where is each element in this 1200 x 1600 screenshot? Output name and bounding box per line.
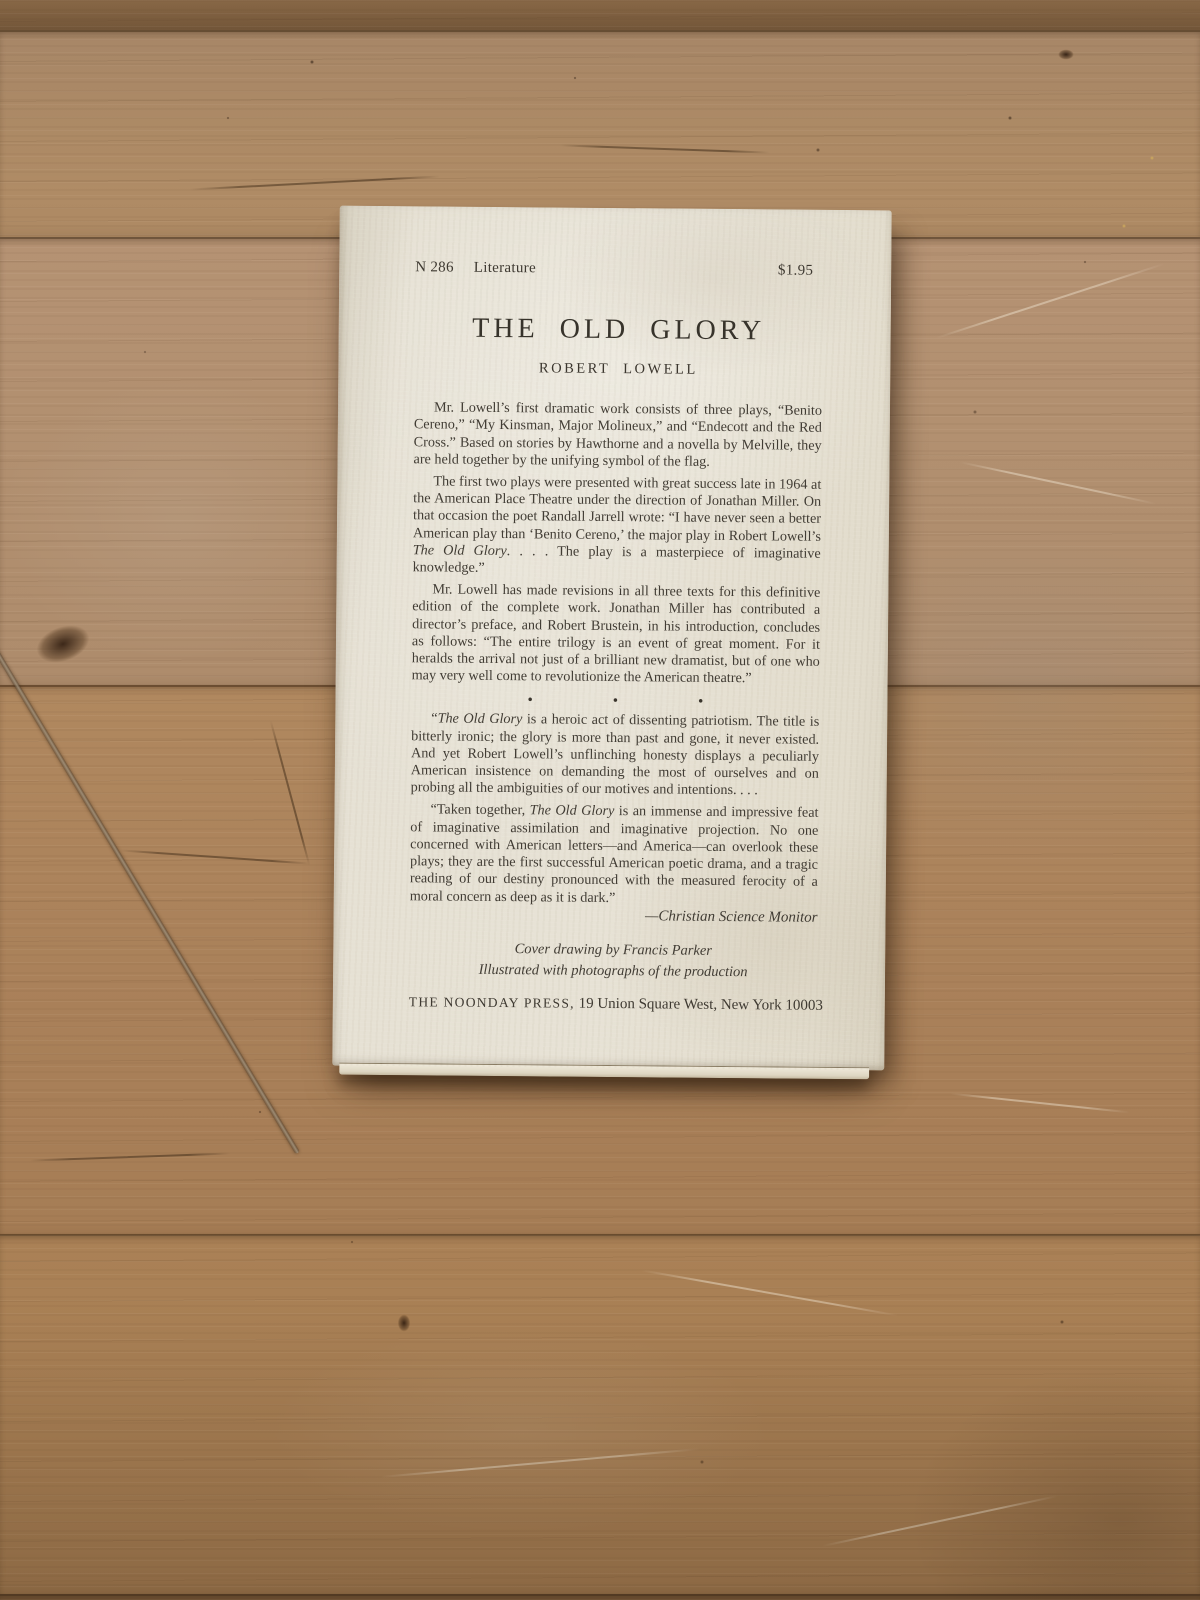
dot: •: [527, 693, 532, 707]
illustration-credit: Illustrated with photographs of the prod…: [409, 959, 817, 984]
catalog-number: N 286: [415, 260, 454, 275]
paragraph-review-quote-1: “The Old Glory is a heroic act of dissen…: [411, 711, 820, 801]
dot: •: [613, 694, 618, 708]
book-author: ROBERT LOWELL: [414, 359, 822, 379]
paragraph-text: “Taken together,: [430, 802, 529, 819]
italic-title-mention: The Old Glory: [413, 542, 507, 559]
italic-title-mention: The Old Glory: [530, 803, 615, 820]
publisher-address: 19 Union Square West, New York 10003: [575, 996, 823, 1014]
wood-plank: [0, 1594, 1200, 1600]
publisher-line: THE NOONDAY PRESS, 19 Union Square West,…: [409, 993, 817, 1015]
price-label: $1.95: [778, 263, 813, 278]
publisher-name: THE NOONDAY PRESS,: [409, 994, 575, 1010]
paragraph-overview-text: Mr. Lowell’s first dramatic work consist…: [413, 399, 822, 469]
credits-block: Cover drawing by Francis Parker Illustra…: [409, 938, 817, 984]
header-spacer: [536, 272, 778, 274]
separator-dots: • • •: [411, 692, 819, 710]
book-title: THE OLD GLORY: [415, 311, 823, 349]
paragraph-text: is an immense and impressive feat of ima…: [410, 803, 819, 905]
wood-plank: [0, 1234, 1200, 1596]
paragraph-revisions: Mr. Lowell has made revisions in all thr…: [412, 581, 821, 688]
paragraph-overview: Mr. Lowell’s first dramatic work consist…: [413, 399, 822, 472]
category-label: Literature: [474, 261, 536, 277]
paragraph-production-history: The first two plays were presented with …: [413, 473, 822, 580]
paragraph-text: Mr. Lowell has made revisions in all thr…: [412, 581, 821, 686]
italic-title-mention: The Old Glory: [438, 711, 523, 728]
paragraph-text: The first two plays were presented with …: [413, 473, 822, 544]
cover-content: N 286 Literature $1.95 THE OLD GLORY ROB…: [332, 206, 891, 1071]
cover-header: N 286 Literature $1.95: [415, 260, 823, 279]
book-back-cover: N 286 Literature $1.95 THE OLD GLORY ROB…: [332, 206, 891, 1071]
photo-book-on-wood-floor: N 286 Literature $1.95 THE OLD GLORY ROB…: [0, 0, 1200, 1600]
wood-plank: [0, 0, 1200, 30]
review-attribution: —Christian Science Monitor: [410, 906, 818, 927]
paragraph-review-quote-2: “Taken together, The Old Glory is an imm…: [410, 801, 819, 908]
dot: •: [698, 695, 703, 709]
